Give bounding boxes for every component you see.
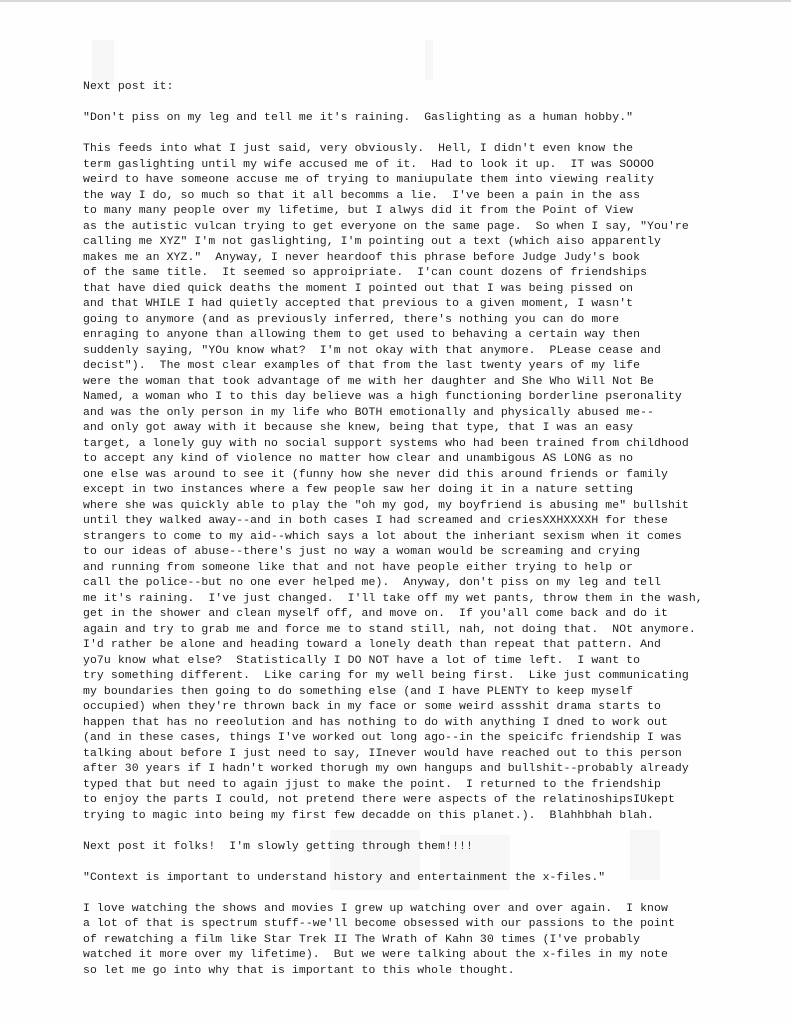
body-line: yo7u know what else? Statistically I DO …	[83, 653, 783, 669]
body-line: to many many people over my lifetime, bu…	[83, 203, 783, 219]
body-line: and only got away with it because she kn…	[83, 420, 783, 436]
body-paragraph: This feeds into what I just said, very o…	[83, 141, 783, 823]
typed-document: Next post it: "Don't piss on my leg and …	[83, 79, 783, 978]
body-line: and running from someone like that and n…	[83, 560, 783, 576]
body-line: so let me go into why that is important …	[83, 963, 783, 979]
body-line: strangers to come to my aid--which says …	[83, 529, 783, 545]
body-line: occupied) when they're thrown back in my…	[83, 699, 783, 715]
body-line: enraging to anyone than allowing them to…	[83, 327, 783, 343]
body-line: term gaslighting until my wife accused m…	[83, 157, 783, 173]
section-heading: Next post it:	[83, 79, 783, 95]
body-line: I love watching the shows and movies I g…	[83, 901, 783, 917]
body-line: get in the shower and clean myself off, …	[83, 606, 783, 622]
body-line: decist"). The most clear examples of tha…	[83, 358, 783, 374]
spacer	[83, 854, 783, 870]
spacer	[83, 126, 783, 142]
body-line: until they walked away--and in both case…	[83, 513, 783, 529]
page-top-edge	[0, 0, 791, 2]
body-line: the way I do, so much so that it all bec…	[83, 188, 783, 204]
body-line: talking about before I just need to say,…	[83, 746, 783, 762]
body-line: again and try to grab me and force me to…	[83, 622, 783, 638]
post-title-quote: "Context is important to understand hist…	[83, 870, 783, 886]
body-line: my boundaries then going to do something…	[83, 684, 783, 700]
body-line: to our ideas of abuse--there's just no w…	[83, 544, 783, 560]
body-line: one else was around to see it (funny how…	[83, 467, 783, 483]
body-line: (and in these cases, things I've worked …	[83, 730, 783, 746]
body-line: trying to magic into being my first few …	[83, 808, 783, 824]
body-line: as the autistic vulcan trying to get eve…	[83, 219, 783, 235]
body-paragraph: I love watching the shows and movies I g…	[83, 901, 783, 979]
body-line: try something different. Like caring for…	[83, 668, 783, 684]
body-line: and was the only person in my life who B…	[83, 405, 783, 421]
spacer	[83, 885, 783, 901]
body-line: of rewatching a film like Star Trek II T…	[83, 932, 783, 948]
body-line: suddenly saying, "YOu know what? I'm not…	[83, 343, 783, 359]
section-heading: Next post it folks! I'm slowly getting t…	[83, 839, 783, 855]
body-line: typed that but need to again jjust to ma…	[83, 777, 783, 793]
bleed-through-mark	[425, 40, 433, 80]
body-line: to enjoy the parts I could, not pretend …	[83, 792, 783, 808]
spacer	[83, 823, 783, 839]
body-line: me it's raining. I've just changed. I'll…	[83, 591, 783, 607]
body-line: calling me XYZ" I'm not gaslighting, I'm…	[83, 234, 783, 250]
body-line: weird to have someone accuse me of tryin…	[83, 172, 783, 188]
section-2: Next post it folks! I'm slowly getting t…	[83, 839, 783, 979]
body-line: a lot of that is spectrum stuff--we'll b…	[83, 916, 783, 932]
body-line: that have died quick deaths the moment I…	[83, 281, 783, 297]
post-title-quote: "Don't piss on my leg and tell me it's r…	[83, 110, 783, 126]
body-line: and that WHILE I had quietly accepted th…	[83, 296, 783, 312]
body-line: This feeds into what I just said, very o…	[83, 141, 783, 157]
body-line: happen that has no reeolution and has no…	[83, 715, 783, 731]
body-line: makes me an XYZ." Anyway, I never heardo…	[83, 250, 783, 266]
body-line: going to anymore (and as previously infe…	[83, 312, 783, 328]
body-line: Named, a woman who I to this day believe…	[83, 389, 783, 405]
body-line: watched it more over my lifetime). But w…	[83, 947, 783, 963]
body-line: target, a lonely guy with no social supp…	[83, 436, 783, 452]
spacer	[83, 95, 783, 111]
body-line: were the woman that took advantage of me…	[83, 374, 783, 390]
body-line: I'd rather be alone and heading toward a…	[83, 637, 783, 653]
body-line: of the same title. It seemed so approipr…	[83, 265, 783, 281]
body-line: call the police--but no one ever helped …	[83, 575, 783, 591]
section-1: Next post it: "Don't piss on my leg and …	[83, 79, 783, 823]
body-line: to accept any kind of violence no matter…	[83, 451, 783, 467]
body-line: where she was quickly able to play the "…	[83, 498, 783, 514]
body-line: after 30 years if I hadn't worked thorug…	[83, 761, 783, 777]
body-line: except in two instances where a few peop…	[83, 482, 783, 498]
